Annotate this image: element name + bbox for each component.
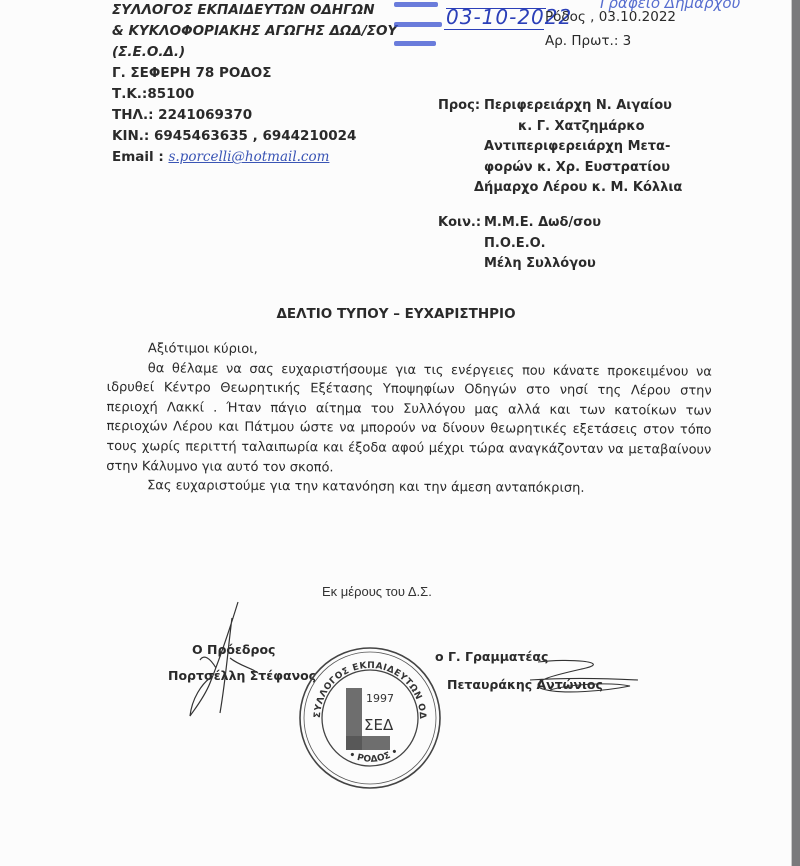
on-behalf-of-board: Εκ μέρους του Δ.Σ. (322, 584, 432, 599)
document-body: Αξιότιμοι κύριοι, θα θέλαμε να σας ευχαρ… (106, 339, 712, 499)
recipient-line: Περιφερειάρχη Ν. Αιγαίου (484, 96, 672, 117)
scanned-document-page: ΣΥΛΛΟΓΟΣ ΕΚΠΑΙΔΕΥΤΩΝ ΟΔΗΓΩΝ & ΚΥΚΛΟΦΟΡΙΑ… (0, 0, 792, 866)
sender-letterhead: ΣΥΛΛΟΓΟΣ ΕΚΠΑΙΔΕΥΤΩΝ ΟΔΗΓΩΝ & ΚΥΚΛΟΦΟΡΙΑ… (112, 0, 397, 168)
org-name-line1: ΣΥΛΛΟΓΟΣ ΕΚΠΑΙΔΕΥΤΩΝ ΟΔΗΓΩΝ (112, 0, 397, 21)
stamp-label-bar (394, 41, 436, 46)
secretary-name: Πεταυράκης Αντώνιος (447, 677, 603, 692)
org-phone: ΤΗΛ.: 2241069370 (112, 105, 397, 126)
org-mobile: ΚΙΝ.: 6945463635 , 6944210024 (112, 126, 397, 147)
president-signature-icon (180, 598, 260, 723)
email-label: Email : (112, 149, 168, 165)
recipient-line: Δήμαρχο Λέρου κ. Μ. Κόλλια (438, 178, 682, 199)
secretary-title: ο Γ. Γραμματέας (435, 649, 548, 664)
org-email-row: Email : s.porcelli@hotmail.com (112, 147, 397, 168)
recipients-block: Προς:Περιφερειάρχη Ν. Αιγαίου κ. Γ. Χατζ… (438, 96, 682, 199)
stamp-handwritten-number: 3126 (489, 0, 536, 4)
org-address: Γ. ΣΕΦΕΡΗ 78 ΡΟΔΟΣ (112, 63, 397, 84)
seal-abbrev: ΣΕΔ (364, 716, 394, 734)
scan-edge-strip (792, 0, 800, 866)
recipient-line: Αντιπεριφερειάρχη Μετα- (438, 137, 682, 158)
email-link[interactable]: s.porcelli@hotmail.com (168, 149, 329, 165)
svg-text:ΣΥΛΛΟΓΟΣ ΕΚΠΑΙΔΕΥΤΩΝ ΟΔΗΓΩΝ Ν.: ΣΥΛΛΟΓΟΣ ΕΚΠΑΙΔΕΥΤΩΝ ΟΔΗΓΩΝ Ν. ΔΩΔ/ΣΟΥ (298, 646, 427, 720)
cc-line: Μ.Μ.Ε. Δωδ/σου (484, 213, 601, 234)
stamp-underline (444, 29, 544, 30)
recipients-label: Προς: (438, 96, 484, 117)
org-postal-code: Τ.Κ.:85100 (112, 84, 397, 105)
cc-line: Μέλη Συλλόγου (438, 254, 601, 275)
recipient-line: φορών κ. Χρ. Ευστρατίου (438, 158, 682, 179)
association-seal-icon: ΣΥΛΛΟΓΟΣ ΕΚΠΑΙΔΕΥΤΩΝ ΟΔΗΓΩΝ Ν. ΔΩΔ/ΣΟΥ •… (298, 646, 443, 791)
recipient-line: κ. Γ. Χατζημάρκο (438, 117, 682, 138)
president-name: Πορτσέλλη Στέφανος (168, 668, 316, 683)
document-title: ΔΕΛΤΙΟ ΤΥΠΟΥ – ΕΥΧΑΡΙΣΤΗΡΙΟ (0, 306, 792, 322)
president-title: Ο Πρόεδρος (192, 642, 275, 657)
place-and-date: Ρόδος , 03.10.2022 (545, 9, 676, 25)
protocol-number: Αρ. Πρωτ.: 3 (545, 33, 631, 49)
seal-year: 1997 (366, 692, 394, 705)
body-paragraph: θα θέλαμε να σας ευχαριστήσουμε για τις … (106, 359, 712, 480)
org-name-line2: & ΚΥΚΛΟΦΟΡΙΑΚΗΣ ΑΓΩΓΗΣ ΔΩΔ/ΣΟΥ (112, 21, 397, 42)
thanks-line: Σας ευχαριστούμε για την κατανόηση και τ… (106, 476, 711, 499)
stamp-label-bar (394, 22, 442, 27)
stamp-label-bar (394, 2, 438, 7)
cc-label: Κοιν.: (438, 213, 484, 234)
seal-ring-text: ΣΥΛΛΟΓΟΣ ΕΚΠΑΙΔΕΥΤΩΝ ΟΔΗΓΩΝ Ν. ΔΩΔ/ΣΟΥ (298, 646, 427, 720)
cc-line: Π.Ο.Ε.Ο. (438, 234, 601, 255)
cc-block: Κοιν.:Μ.Μ.Ε. Δωδ/σου Π.Ο.Ε.Ο. Μέλη Συλλό… (438, 213, 601, 275)
org-abbreviation: (Σ.Ε.Ο.Δ.) (112, 42, 397, 63)
